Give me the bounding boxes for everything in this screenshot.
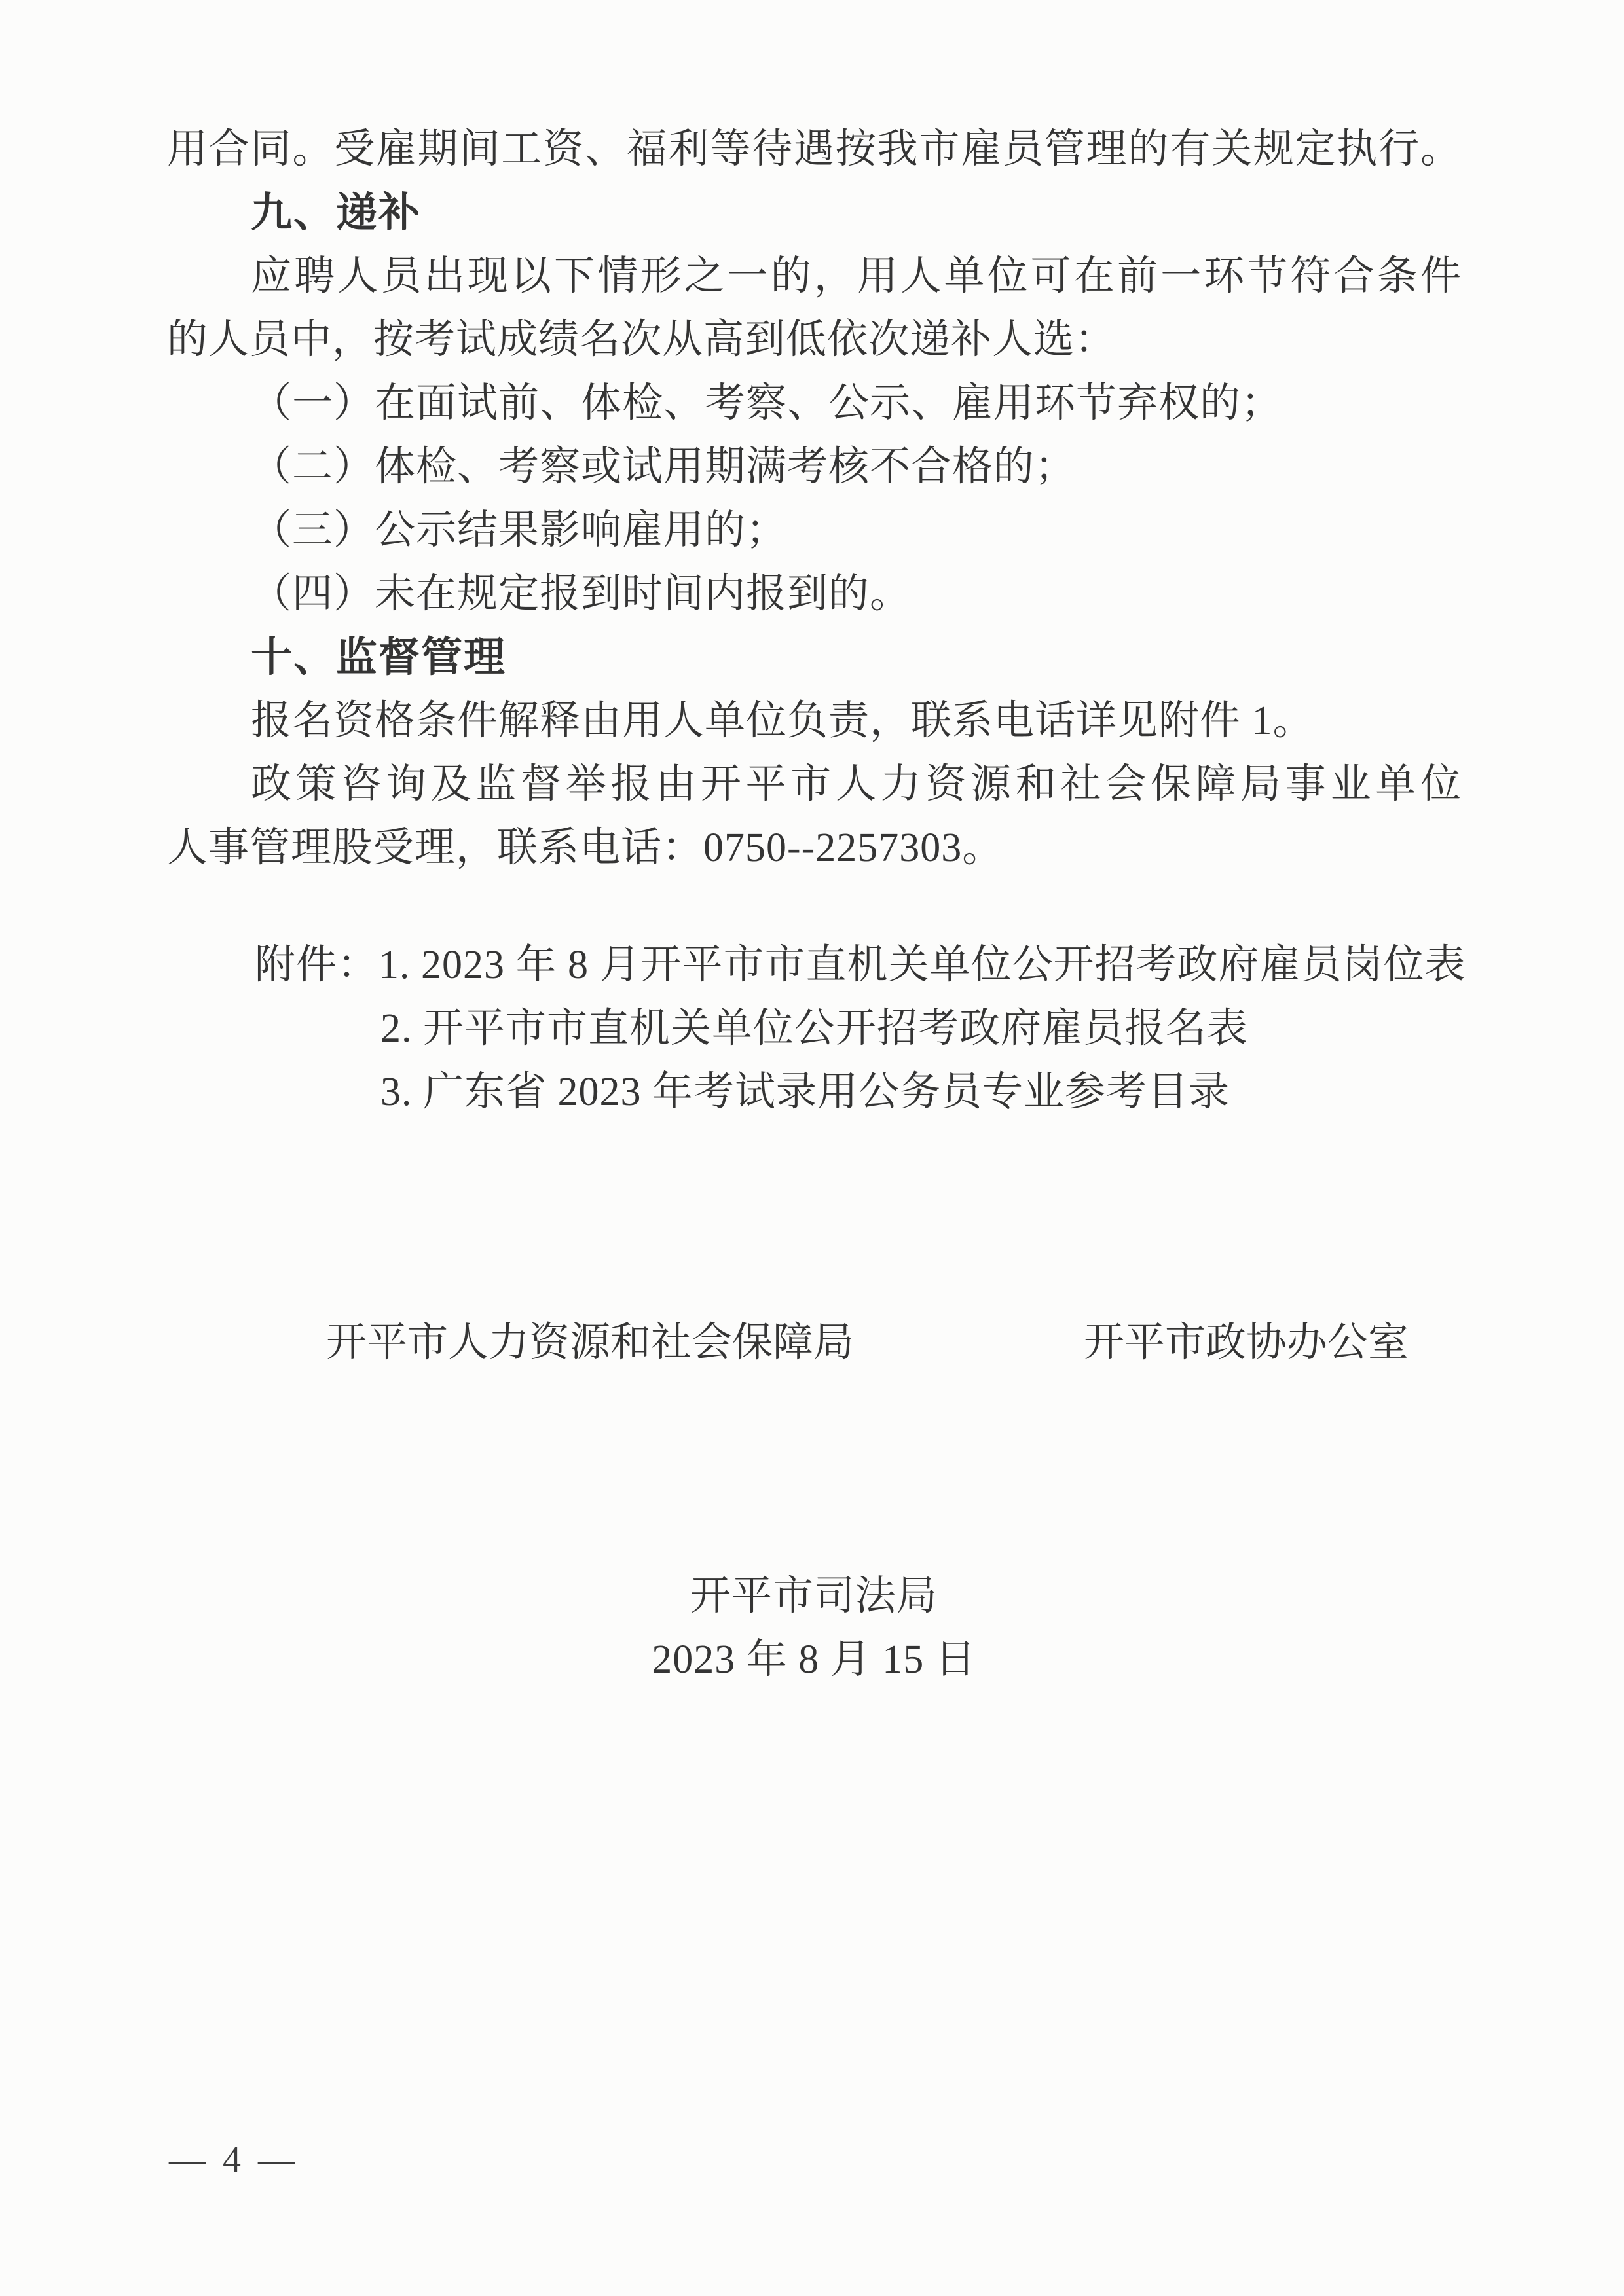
list-item-1: （一）在面试前、体检、考察、公示、雇用环节弃权的；: [167, 372, 1461, 435]
signature-org-left: 开平市人力资源和社会保障局: [326, 1311, 854, 1375]
paragraph-supervision: 报名资格条件解释由用人单位负责，联系电话详见附件 1。: [167, 689, 1461, 753]
paragraph-replacement-intro-line-2: 的人员中，按考试成绩名次从高到低依次递补人选：: [167, 308, 1461, 372]
attachment-item-3: 3. 广东省 2023 年考试录用公务员专业参考目录: [167, 1061, 1461, 1124]
signature-row: 开平市人力资源和社会保障局 开平市政协办公室: [167, 1311, 1461, 1375]
heading-section-9: 九、递补: [167, 181, 1461, 245]
attachment-line-1: 附件：1. 2023 年 8 月开平市市直机关单位公开招考政府雇员岗位表: [167, 934, 1461, 997]
paragraph-policy-line-2: 人事管理股受理，联系电话：0750--2257303。: [167, 816, 1461, 880]
paragraph-contract-continuation: 用合同。受雇期间工资、福利等待遇按我市雇员管理的有关规定执行。: [167, 118, 1461, 181]
signature-date: 2023 年 8 月 15 日: [167, 1628, 1461, 1692]
paragraph-policy-line-1: 政策咨询及监督举报由开平市人力资源和社会保障局事业单位: [167, 753, 1461, 816]
page-number: — 4 —: [169, 2140, 299, 2180]
paragraph-replacement-intro-line-1: 应聘人员出现以下情形之一的，用人单位可在前一环节符合条件: [167, 245, 1461, 308]
signature-org-right: 开平市政协办公室: [1084, 1311, 1409, 1375]
attachments-label: 附件：: [255, 943, 378, 987]
list-item-2: （二）体检、考察或试用期满考核不合格的；: [167, 435, 1461, 499]
heading-section-10: 十、监督管理: [167, 626, 1461, 689]
attachment-item-1: 1. 2023 年 8 月开平市市直机关单位公开招考政府雇员岗位表: [378, 943, 1466, 987]
list-item-3: （三）公示结果影响雇用的；: [167, 499, 1461, 562]
list-item-4: （四）未在规定报到时间内报到的。: [167, 562, 1461, 626]
attachment-item-2: 2. 开平市市直机关单位公开招考政府雇员报名表: [167, 997, 1461, 1061]
scanned-document-page: 用合同。受雇期间工资、福利等待遇按我市雇员管理的有关规定执行。 九、递补 应聘人…: [0, 0, 1624, 2296]
attachments-block: 附件：1. 2023 年 8 月开平市市直机关单位公开招考政府雇员岗位表 2. …: [167, 934, 1461, 1124]
document-body: 用合同。受雇期间工资、福利等待遇按我市雇员管理的有关规定执行。 九、递补 应聘人…: [167, 118, 1461, 1692]
signature-org-center: 开平市司法局: [167, 1565, 1461, 1628]
